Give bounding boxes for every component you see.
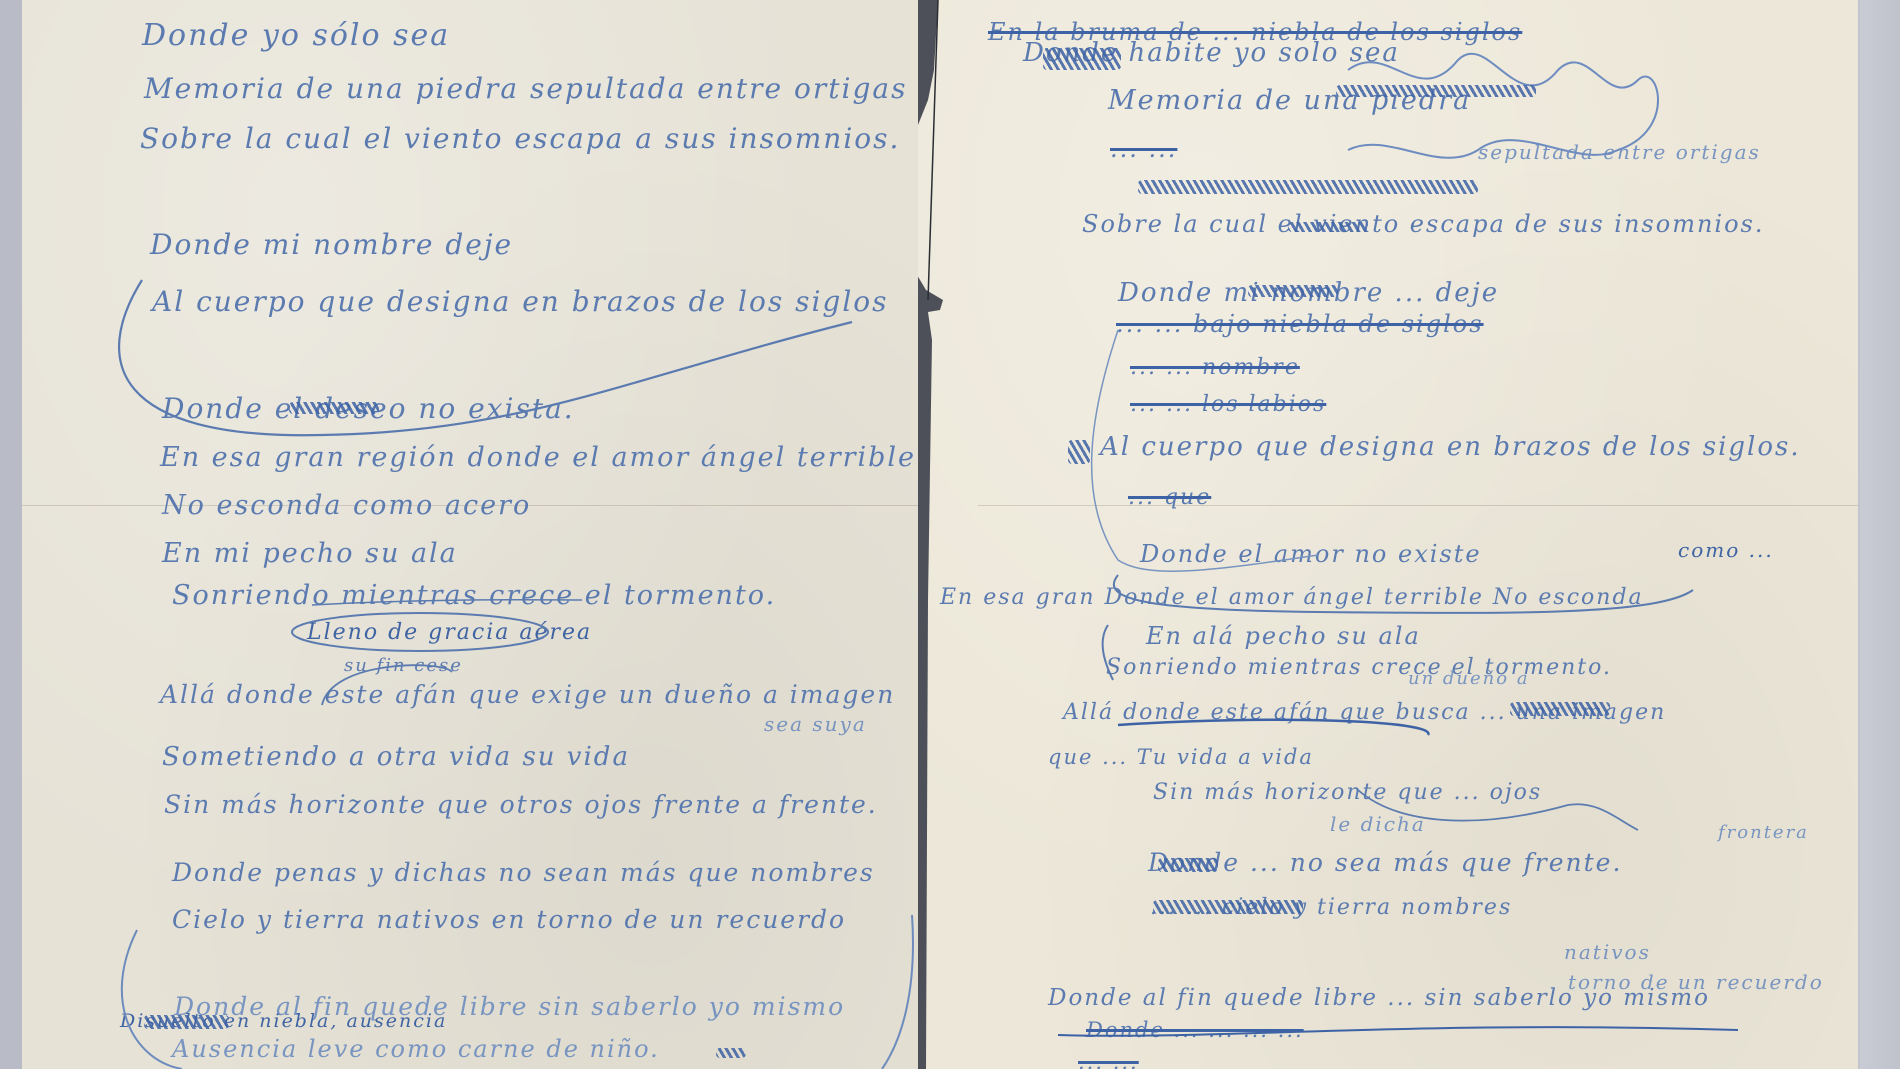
manuscript-line: Memoria de una piedra sepultada entre or… xyxy=(144,72,907,105)
manuscript-line: En esa gran región donde el amor ángel t… xyxy=(160,442,916,473)
manuscript-line: En mi pecho su ala xyxy=(162,538,458,569)
crossed-out-word xyxy=(1158,858,1218,872)
interlinear-insertion: su fin cese xyxy=(344,655,463,676)
interlinear-insertion: frontera xyxy=(1718,822,1809,843)
crossed-out-word xyxy=(1288,222,1368,232)
manuscript-line: En alá pecho su ala xyxy=(1146,622,1421,650)
manuscript-line: Al cuerpo que designa en brazos de los s… xyxy=(152,285,889,318)
manuscript-line: Sonriendo mientras crece el tormento. xyxy=(172,580,776,611)
manuscript-line: Donde el amor no existe xyxy=(1140,540,1482,568)
crossed-out-word xyxy=(1336,85,1536,97)
crossed-out-line: ... ... bajo niebla de siglos xyxy=(1116,310,1484,338)
crossed-out-word xyxy=(1510,702,1610,716)
manuscript-line: que ... Tu vida a vida xyxy=(1048,745,1314,769)
crossed-out-line: ... ... xyxy=(1078,1050,1139,1069)
manuscript-line: Donde yo sólo sea xyxy=(142,18,450,53)
crossed-out-word xyxy=(289,402,379,414)
encircled-insertion: Lleno de gracia aérea xyxy=(307,620,592,645)
manuscript-line: Donde al fin quede libre ... sin saberlo… xyxy=(1048,985,1710,1011)
manuscript-line: Sobre la cual el viento escapa de sus in… xyxy=(1082,210,1764,238)
torn-edge xyxy=(918,0,978,1069)
crossed-out-word xyxy=(144,1015,229,1029)
interlinear-insertion: un dueño a xyxy=(1408,668,1530,689)
manuscript-line: En esa gran Donde el amor ángel terrible… xyxy=(940,585,1644,610)
crossed-out-word xyxy=(1043,48,1121,70)
manuscript-line: Donde ... no sea más que frente. xyxy=(1148,848,1622,877)
manuscript-line: No esconda como acero xyxy=(162,490,531,521)
manuscript-right-page: En la bruma de ... niebla de los siglos … xyxy=(918,0,1858,1069)
crossed-out-word xyxy=(1068,440,1090,464)
crossed-out-line: ... ... xyxy=(1110,135,1177,163)
crossed-out-line: ... que xyxy=(1128,485,1211,510)
interlinear-insertion: nativos xyxy=(1564,940,1651,964)
manuscript-line: Sin más horizonte que ... ojos xyxy=(1153,780,1542,805)
manuscript-line: Sobre la cual el viento escapa a sus ins… xyxy=(140,122,900,155)
interlinear-insertion: le dicha xyxy=(1330,812,1426,836)
crossed-out-line: ... ... nombre xyxy=(1130,355,1300,380)
manuscript-line: Sonriendo mientras crece el tormento. xyxy=(1106,655,1612,680)
margin-note: como ... xyxy=(1678,538,1774,562)
margin-note: sea suya xyxy=(764,712,867,736)
manuscript-line: Cielo y tierra nativos en torno de un re… xyxy=(172,905,846,934)
manuscript-line: Donde mi nombre deje xyxy=(150,228,513,261)
manuscript-line: Allá donde este afán que exige un dueño … xyxy=(160,680,895,709)
paper-fold-line xyxy=(978,505,1858,506)
crossed-out-line: Donde ... ... ... ... xyxy=(1086,1018,1304,1042)
manuscript-line: Ausencia leve como carne de niño. xyxy=(172,1035,660,1063)
manuscript-line: Sin más horizonte que otros ojos frente … xyxy=(164,790,878,819)
interlinear-insertion: sepultada entre ortigas xyxy=(1478,140,1761,164)
manuscript-line: Donde penas y dichas no sean más que nom… xyxy=(172,858,875,887)
table-surface xyxy=(1860,0,1900,1069)
manuscript-line: Al cuerpo que designa en brazos de los s… xyxy=(1100,432,1801,462)
crossed-out-word xyxy=(1138,180,1478,194)
crossed-out-word xyxy=(1153,900,1303,914)
crossed-out-word xyxy=(716,1048,746,1058)
manuscript-left-page: Donde yo sólo sea Memoria de una piedra … xyxy=(22,0,922,1069)
crossed-out-word xyxy=(1248,285,1338,297)
manuscript-line: Sometiendo a otra vida su vida xyxy=(162,742,630,772)
crossed-out-line: ... ... los labios xyxy=(1130,392,1326,417)
